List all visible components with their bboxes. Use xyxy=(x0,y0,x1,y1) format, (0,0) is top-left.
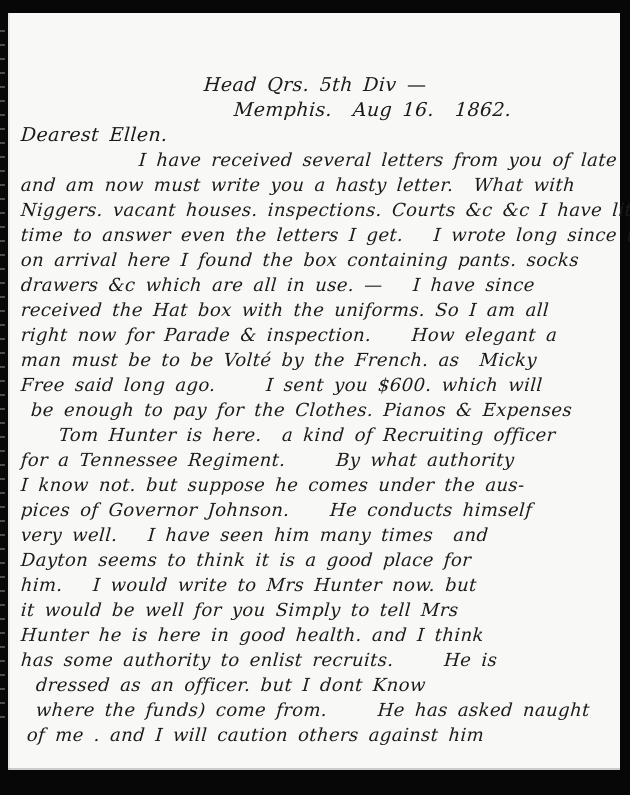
letter-page: Head Qrs. 5th Div —Memphis. Aug 16. 1862… xyxy=(8,13,620,770)
letter-line: man must be to be Volté by the French. a… xyxy=(20,348,614,373)
letter-line: where the funds) come from. He has asked… xyxy=(35,698,614,723)
letter-line: it would be well for you Simply to tell … xyxy=(20,598,614,623)
letter-paper: Head Qrs. 5th Div —Memphis. Aug 16. 1862… xyxy=(8,13,620,770)
letter-line: Niggers. vacant houses. inspections. Cou… xyxy=(20,198,614,223)
letter-line: for a Tennessee Regiment. By what author… xyxy=(20,448,614,473)
scan-edge-artifacts xyxy=(0,30,5,730)
letter-line: pices of Governor Johnson. He conducts h… xyxy=(20,498,614,523)
letter-line: be enough to pay for the Clothes. Pianos… xyxy=(30,398,614,423)
letter-line: him. I would write to Mrs Hunter now. bu… xyxy=(20,573,614,598)
letter-line: right now for Parade & inspection. How e… xyxy=(20,323,614,348)
letter-line: received the Hat box with the uniforms. … xyxy=(20,298,614,323)
letter-line: Dayton seems to think it is a good place… xyxy=(20,548,614,573)
heading-line: Memphis. Aug 16. 1862. xyxy=(233,98,614,123)
letter-line: I know not. but suppose he comes under t… xyxy=(20,473,614,498)
letter-line: Tom Hunter is here. a kind of Recruiting… xyxy=(58,423,614,448)
salutation-line: Dearest Ellen. xyxy=(20,123,614,148)
letter-line: has some authority to enlist recruits. H… xyxy=(20,648,614,673)
letter-line: and am now must write you a hasty letter… xyxy=(20,173,614,198)
letter-line: time to answer even the letters I get. I… xyxy=(20,223,614,248)
scan-border: Head Qrs. 5th Div —Memphis. Aug 16. 1862… xyxy=(0,0,630,795)
letter-line: of me . and I will caution others agains… xyxy=(26,723,614,748)
heading-line: Head Qrs. 5th Div — xyxy=(203,73,614,98)
letter-line: very well. I have seen him many times an… xyxy=(20,523,614,548)
letter-line: Free said long ago. I sent you $600. whi… xyxy=(20,373,614,398)
letter-line: drawers &c which are all in use. — I hav… xyxy=(20,273,614,298)
letter-line: I have received several letters from you… xyxy=(138,148,614,173)
letter-line: Hunter he is here in good health. and I … xyxy=(20,623,614,648)
letter-line: dressed as an officer. but I dont Know xyxy=(35,673,614,698)
letter-line: on arrival here I found the box containi… xyxy=(20,248,614,273)
